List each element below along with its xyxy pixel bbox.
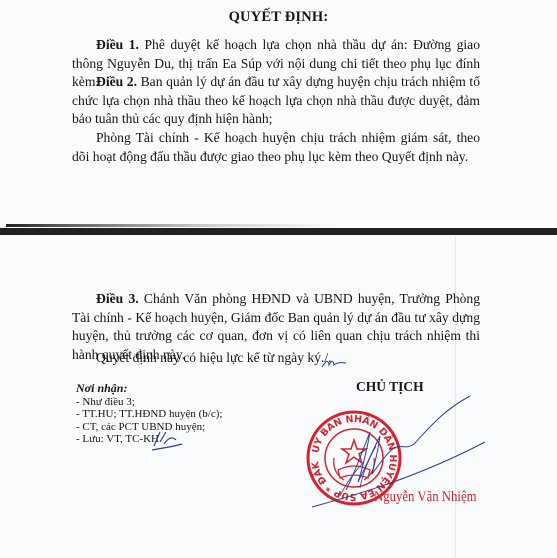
page-separator <box>0 228 557 235</box>
article-2: Điều 2. Ban quản lý dự án đầu tư xây dựn… <box>72 73 480 129</box>
article-1-label: Điều 1. <box>96 37 139 52</box>
decision-heading: QUYẾT ĐỊNH: <box>0 9 557 26</box>
article-3-label: Điều 3. <box>96 291 139 306</box>
effective-clause: Quyết định này có hiệu lực kể từ ngày ký… <box>72 349 480 368</box>
archive-initial-icon <box>150 428 190 452</box>
recipient-item: - TT.HU; TT.HĐND huyện (b/c); <box>76 408 222 421</box>
signer-title: CHỦ TỊCH <box>356 379 424 395</box>
effective-text: Quyết định này có hiệu lực kể từ ngày ký… <box>96 350 332 365</box>
initial-mark-icon <box>320 355 360 371</box>
signer-name: Nguyễn Văn Nhiệm <box>374 489 477 506</box>
recipient-item: - Như điều 3; <box>76 396 222 409</box>
article-2-extra-text: Phòng Tài chính - Kế hoạch huyện chịu tr… <box>72 130 480 164</box>
scan-artifact <box>6 224 336 227</box>
scan-fold-line <box>455 236 456 558</box>
recipients-title: Nơi nhận: <box>76 382 222 395</box>
article-2-extra: Phòng Tài chính - Kế hoạch huyện chịu tr… <box>72 129 480 166</box>
article-2-label: Điều 2. <box>96 74 137 89</box>
